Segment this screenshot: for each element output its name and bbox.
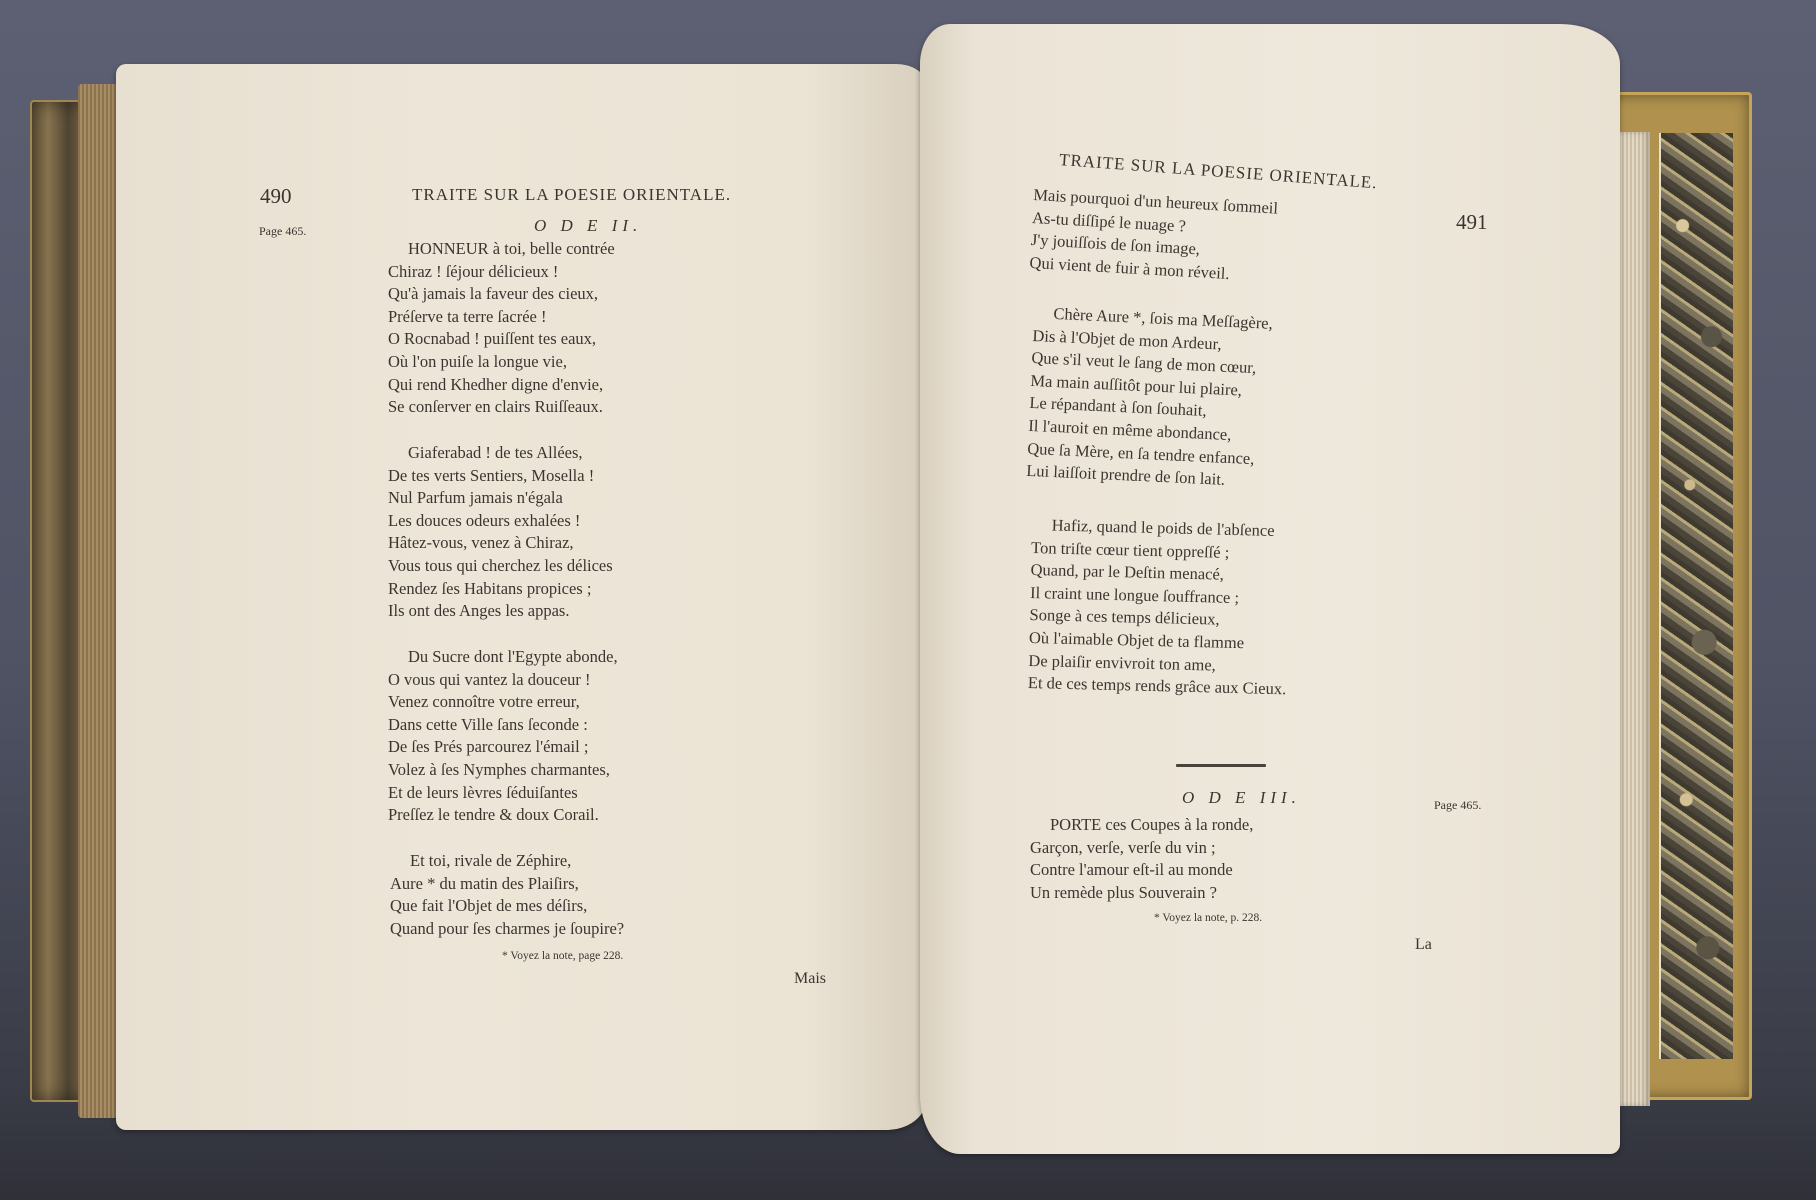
verse-line: O vous qui vantez la douceur ! xyxy=(388,669,618,692)
verse-line: Un remède plus Souverain ? xyxy=(1030,882,1253,905)
verse-line: Venez connoître votre erreur, xyxy=(388,691,618,714)
verse-line: PORTE ces Coupes à la ronde, xyxy=(1030,814,1253,837)
verse-line: Chiraz ! ſéjour délicieux ! xyxy=(388,261,615,284)
right-page: TRAITE SUR LA POESIE ORIENTALE. 491 Mais… xyxy=(920,24,1620,1154)
verse-line: O Rocnabad ! puiſſent tes eaux, xyxy=(388,328,615,351)
verse-line: Préſerve ta terre ſacrée ! xyxy=(388,306,615,329)
footnote: * Voyez la note, p. 228. xyxy=(1154,912,1262,924)
verse-line: HONNEUR à toi, belle contrée xyxy=(388,238,615,261)
running-head: TRAITE SUR LA POESIE ORIENTALE. xyxy=(1059,150,1379,193)
verse-line: De tes verts Sentiers, Mosella ! xyxy=(388,465,613,488)
verse-line: Garçon, verſe, verſe du vin ; xyxy=(1030,837,1253,860)
verse-line: Dans cette Ville ſans ſeconde : xyxy=(388,714,618,737)
stanza: Giaferabad ! de tes Allées, De tes verts… xyxy=(388,442,613,623)
stanza: Mais pourquoi d'un heureux ſommeil As-tu… xyxy=(1029,184,1279,288)
verse-line: Vous tous qui cherchez les délices xyxy=(388,555,613,578)
verse-line: Aure * du matin des Plaiſirs, xyxy=(390,873,624,896)
verse-line: Les douces odeurs exhalées ! xyxy=(388,510,613,533)
page-number: 490 xyxy=(260,184,292,209)
verse-line: Preſſez le tendre & doux Corail. xyxy=(388,804,618,827)
verse-line: Hâtez-vous, venez à Chiraz, xyxy=(388,532,613,555)
verse-line: Volez à ſes Nymphes charmantes, xyxy=(388,759,618,782)
ode-title: O D E II. xyxy=(534,216,642,236)
margin-reference: Page 465. xyxy=(259,224,306,239)
verse-line: Et de leurs lèvres ſéduiſantes xyxy=(388,782,618,805)
ode-title: O D E III. xyxy=(1182,788,1301,808)
verse-line: Que fait l'Objet de mes déſirs, xyxy=(390,895,624,918)
page-number: 491 xyxy=(1456,210,1488,235)
verse-line: Du Sucre dont l'Egypte abonde, xyxy=(388,646,618,669)
verse-line: De ſes Prés parcourez l'émail ; xyxy=(388,736,618,759)
verse-line: Rendez ſes Habitans propices ; xyxy=(388,578,613,601)
catchword: La xyxy=(1415,936,1432,954)
marbled-endpaper xyxy=(1659,133,1733,1059)
stanza: Du Sucre dont l'Egypte abonde, O vous qu… xyxy=(388,646,618,827)
book-photo: 490 TRAITE SUR LA POESIE ORIENTALE. Page… xyxy=(0,0,1816,1200)
verse-line: Ils ont des Anges les appas. xyxy=(388,600,613,623)
footnote: * Voyez la note, page 228. xyxy=(502,950,623,962)
margin-reference: Page 465. xyxy=(1434,798,1481,813)
verse-line: Giaferabad ! de tes Allées, xyxy=(388,442,613,465)
stanza: HONNEUR à toi, belle contrée Chiraz ! ſé… xyxy=(388,238,615,419)
verse-line: Et toi, rivale de Zéphire, xyxy=(390,850,624,873)
catchword: Mais xyxy=(794,970,826,988)
verse-line: Quand pour ſes charmes je ſoupire? xyxy=(390,918,624,941)
left-page-stack xyxy=(78,84,118,1118)
stanza: PORTE ces Coupes à la ronde, Garçon, ver… xyxy=(1030,814,1253,904)
left-page: 490 TRAITE SUR LA POESIE ORIENTALE. Page… xyxy=(116,64,926,1130)
verse-line: Nul Parfum jamais n'égala xyxy=(388,487,613,510)
stanza: Et toi, rivale de Zéphire, Aure * du mat… xyxy=(390,850,624,940)
stanza: Hafiz, quand le poids de l'abſence Ton t… xyxy=(1028,514,1291,701)
verse-line: Se conſerver en clairs Ruiſſeaux. xyxy=(388,396,615,419)
verse-line: Contre l'amour eſt-il au monde xyxy=(1030,859,1253,882)
section-rule xyxy=(1176,764,1266,767)
running-head: TRAITE SUR LA POESIE ORIENTALE. xyxy=(412,185,731,205)
stanza: Chère Aure *, ſois ma Meſſagère, Dis à l… xyxy=(1026,302,1273,493)
verse-line: Où l'on puiſe la longue vie, xyxy=(388,351,615,374)
verse-line: Qu'à jamais la faveur des cieux, xyxy=(388,283,615,306)
verse-line: Qui rend Khedher digne d'envie, xyxy=(388,374,615,397)
